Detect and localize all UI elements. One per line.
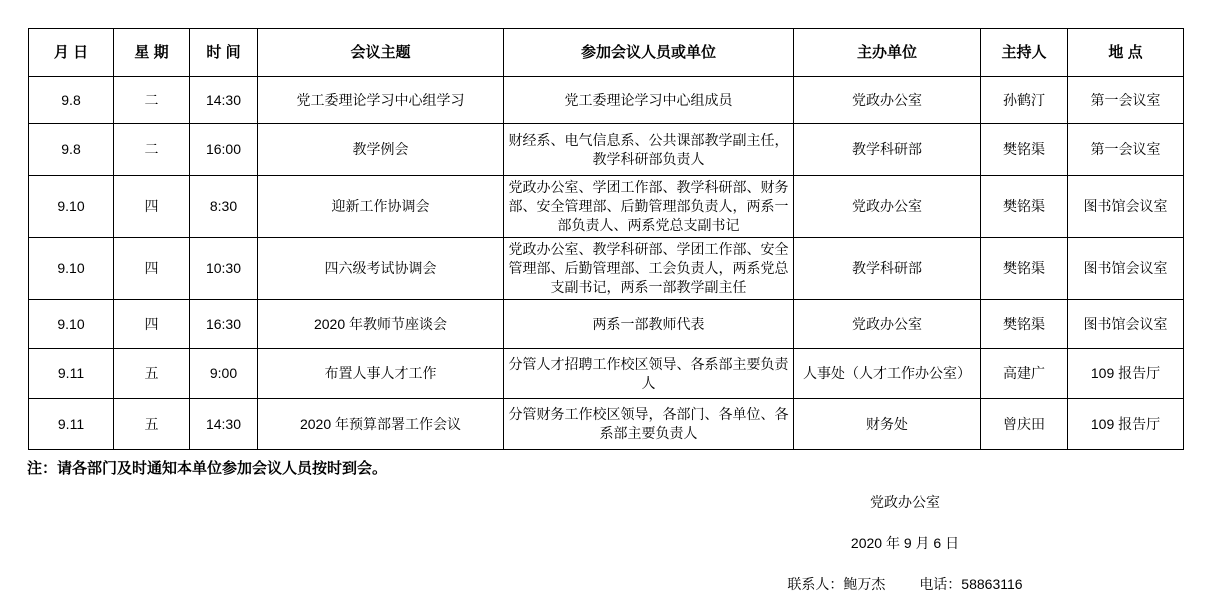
cell-topic: 2020 年预算部署工作会议 <box>258 399 504 450</box>
cell-time: 8:30 <box>190 176 258 238</box>
cell-location: 109 报告厅 <box>1068 349 1184 399</box>
cell-time: 14:30 <box>190 399 258 450</box>
col-header-time: 时 间 <box>190 29 258 77</box>
cell-participants: 党工委理论学习中心组成员 <box>504 77 794 124</box>
table-row: 9.10 四 8:30 迎新工作协调会 党政办公室、学团工作部、教学科研部、财务… <box>29 176 1184 238</box>
col-header-topic: 会议主题 <box>258 29 504 77</box>
cell-host: 孙鹤汀 <box>981 77 1068 124</box>
contact-person: 联系人：鲍万杰 <box>787 574 885 594</box>
cell-organizer: 党政办公室 <box>794 77 981 124</box>
cell-date: 9.10 <box>29 300 114 349</box>
col-header-location: 地 点 <box>1068 29 1184 77</box>
cell-participants: 分管人才招聘工作校区领导、各系部主要负责人 <box>504 349 794 399</box>
cell-weekday: 五 <box>114 349 190 399</box>
cell-organizer: 党政办公室 <box>794 300 981 349</box>
cell-time: 16:00 <box>190 124 258 176</box>
cell-participants: 财经系、电气信息系、公共课部教学副主任，教学科研部负责人 <box>504 124 794 176</box>
cell-host: 曾庆田 <box>981 399 1068 450</box>
cell-participants: 分管财务工作校区领导，各部门、各单位、各系部主要负责人 <box>504 399 794 450</box>
cell-date: 9.11 <box>29 349 114 399</box>
cell-time: 10:30 <box>190 238 258 300</box>
cell-date: 9.10 <box>29 238 114 300</box>
col-header-participants: 参加会议人员或单位 <box>504 29 794 77</box>
cell-topic: 党工委理论学习中心组学习 <box>258 77 504 124</box>
cell-weekday: 四 <box>114 176 190 238</box>
cell-organizer: 党政办公室 <box>794 176 981 238</box>
cell-time: 14:30 <box>190 77 258 124</box>
signature-block: 党政办公室 2020 年 9 月 6 日 联系人：鲍万杰 电话：58863116 <box>700 492 1110 615</box>
cell-host: 樊铭渠 <box>981 124 1068 176</box>
cell-organizer: 教学科研部 <box>794 124 981 176</box>
cell-topic: 迎新工作协调会 <box>258 176 504 238</box>
cell-time: 16:30 <box>190 300 258 349</box>
cell-location: 图书馆会议室 <box>1068 238 1184 300</box>
table-row: 9.10 四 16:30 2020 年教师节座谈会 两系一部教师代表 党政办公室… <box>29 300 1184 349</box>
cell-date: 9.8 <box>29 77 114 124</box>
cell-topic: 四六级考试协调会 <box>258 238 504 300</box>
cell-date: 9.8 <box>29 124 114 176</box>
cell-weekday: 四 <box>114 238 190 300</box>
cell-date: 9.11 <box>29 399 114 450</box>
table-row: 9.8 二 14:30 党工委理论学习中心组学习 党工委理论学习中心组成员 党政… <box>29 77 1184 124</box>
cell-organizer: 财务处 <box>794 399 981 450</box>
cell-participants: 党政办公室、学团工作部、教学科研部、财务部、安全管理部、后勤管理部负责人，两系一… <box>504 176 794 238</box>
cell-organizer: 教学科研部 <box>794 238 981 300</box>
cell-location: 第一会议室 <box>1068 77 1184 124</box>
cell-weekday: 四 <box>114 300 190 349</box>
cell-topic: 2020 年教师节座谈会 <box>258 300 504 349</box>
cell-host: 樊铭渠 <box>981 176 1068 238</box>
meeting-schedule-table: 月 日 星 期 时 间 会议主题 参加会议人员或单位 主办单位 主持人 地 点 … <box>28 28 1184 450</box>
cell-topic: 教学例会 <box>258 124 504 176</box>
cell-organizer: 人事处（人才工作办公室） <box>794 349 981 399</box>
signature-department: 党政办公室 <box>700 492 1110 512</box>
col-header-date: 月 日 <box>29 29 114 77</box>
footer-note: 注：请各部门及时通知本单位参加会议人员按时到会。 <box>27 457 387 478</box>
cell-host: 高建广 <box>981 349 1068 399</box>
contact-phone: 电话：58863116 <box>919 574 1022 594</box>
cell-location: 图书馆会议室 <box>1068 300 1184 349</box>
cell-participants: 两系一部教师代表 <box>504 300 794 349</box>
header-row: 月 日 星 期 时 间 会议主题 参加会议人员或单位 主办单位 主持人 地 点 <box>29 29 1184 77</box>
signature-contact: 联系人：鲍万杰 电话：58863116 <box>700 574 1110 594</box>
cell-host: 樊铭渠 <box>981 238 1068 300</box>
table-row: 9.8 二 16:00 教学例会 财经系、电气信息系、公共课部教学副主任，教学科… <box>29 124 1184 176</box>
cell-location: 109 报告厅 <box>1068 399 1184 450</box>
cell-location: 第一会议室 <box>1068 124 1184 176</box>
cell-date: 9.10 <box>29 176 114 238</box>
meeting-schedule-page: { "table": { "headers": ["月 日", "星 期", "… <box>0 0 1207 607</box>
col-header-organizer: 主办单位 <box>794 29 981 77</box>
cell-topic: 布置人事人才工作 <box>258 349 504 399</box>
table-row: 9.11 五 9:00 布置人事人才工作 分管人才招聘工作校区领导、各系部主要负… <box>29 349 1184 399</box>
cell-participants: 党政办公室、教学科研部、学团工作部、安全管理部、后勤管理部、工会负责人，两系党总… <box>504 238 794 300</box>
col-header-weekday: 星 期 <box>114 29 190 77</box>
signature-date: 2020 年 9 月 6 日 <box>700 533 1110 553</box>
table-row: 9.11 五 14:30 2020 年预算部署工作会议 分管财务工作校区领导，各… <box>29 399 1184 450</box>
cell-weekday: 二 <box>114 77 190 124</box>
cell-location: 图书馆会议室 <box>1068 176 1184 238</box>
cell-weekday: 五 <box>114 399 190 450</box>
col-header-host: 主持人 <box>981 29 1068 77</box>
cell-host: 樊铭渠 <box>981 300 1068 349</box>
cell-time: 9:00 <box>190 349 258 399</box>
table-row: 9.10 四 10:30 四六级考试协调会 党政办公室、教学科研部、学团工作部、… <box>29 238 1184 300</box>
cell-weekday: 二 <box>114 124 190 176</box>
